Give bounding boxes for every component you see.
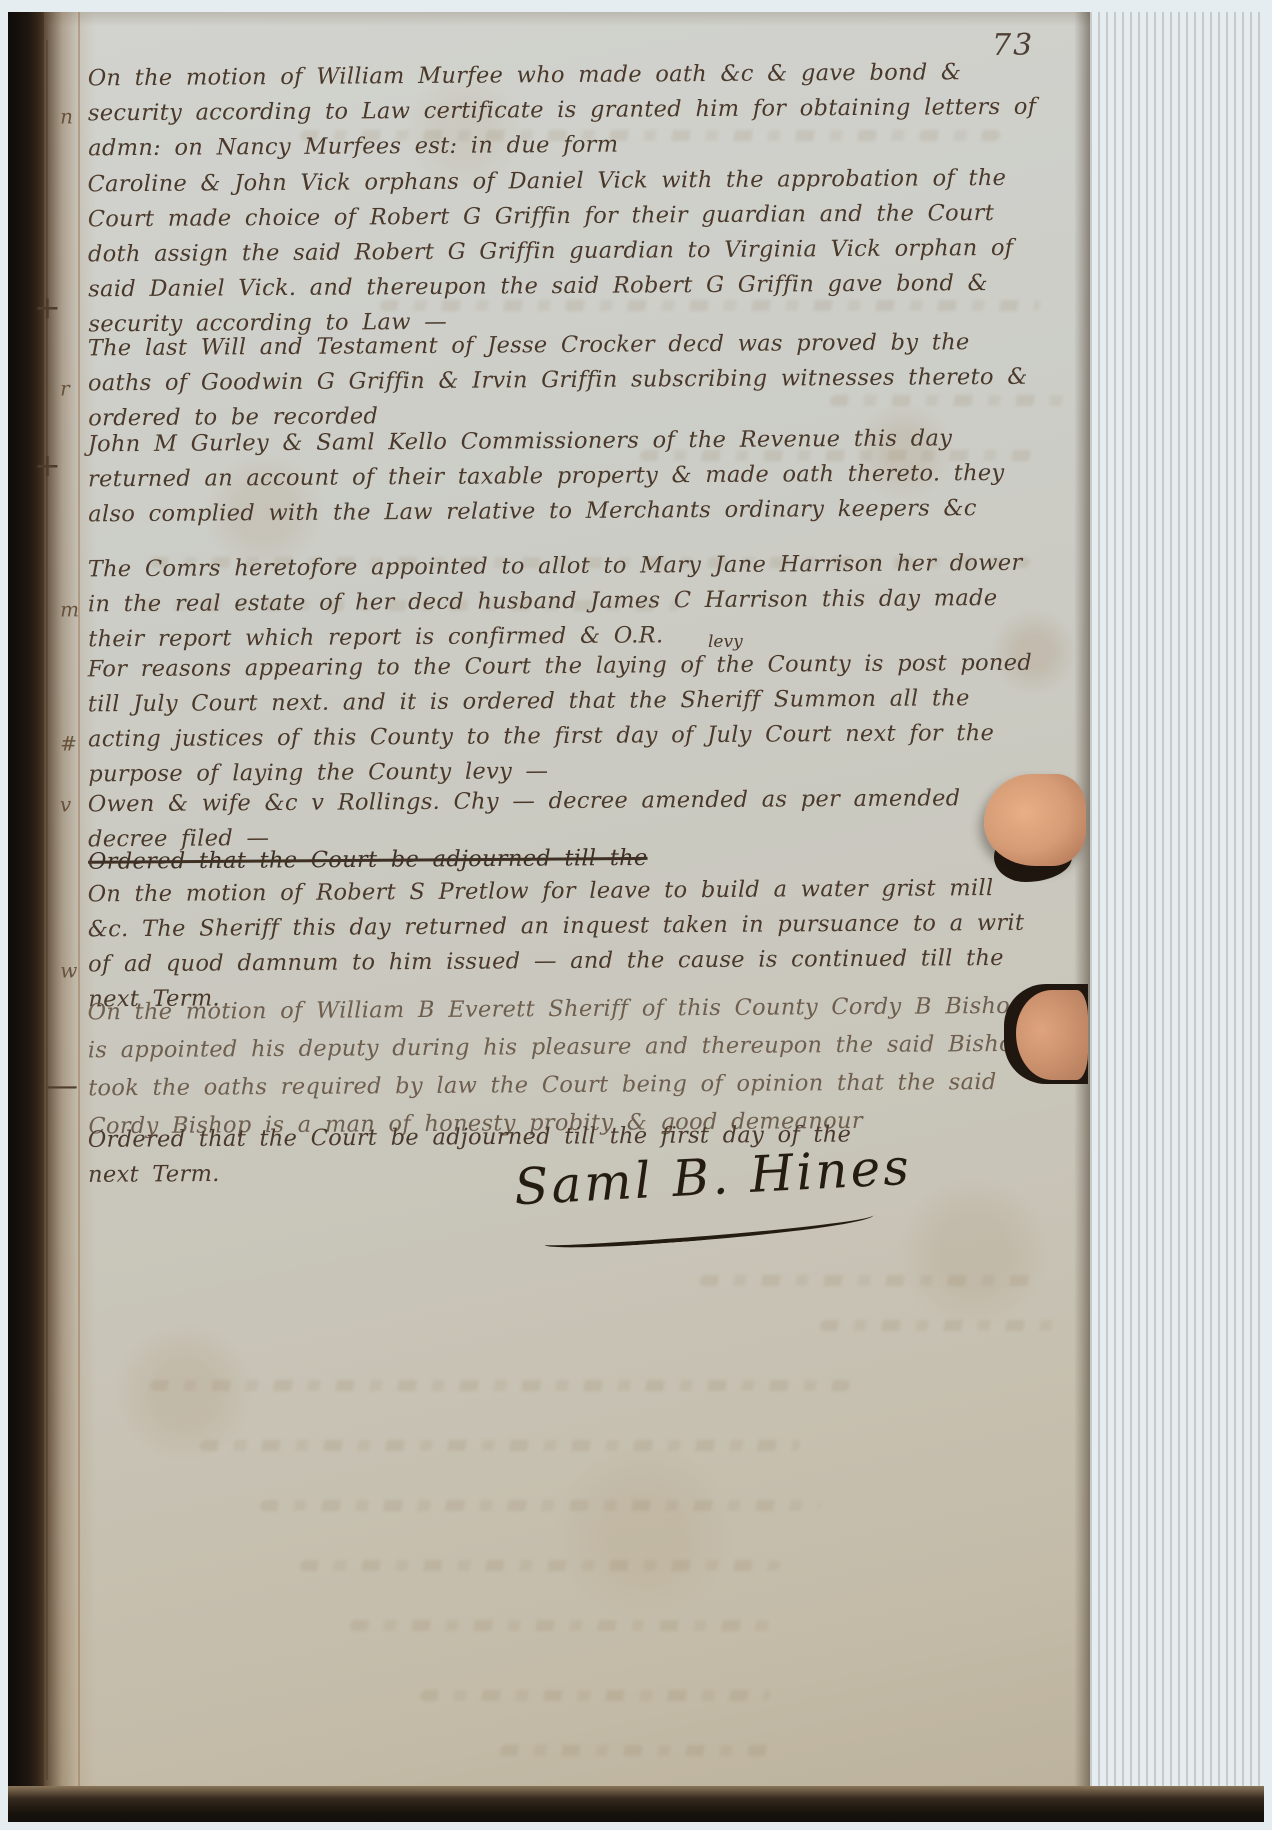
signature-flourish: [544, 1209, 875, 1252]
entry-text: Caroline & John Vick orphans of Daniel V…: [87, 165, 1013, 337]
bleedthrough-line: [699, 1275, 1041, 1286]
book-binding: [8, 12, 44, 1822]
bleedthrough-line: [299, 1560, 781, 1571]
fold-mark: —: [46, 1066, 78, 1104]
bleedthrough-line: [499, 1745, 781, 1756]
bleedthrough-line: [259, 1500, 821, 1511]
book-gutter: [44, 12, 96, 1792]
record-entry: # For reasons appearing to the Court the…: [88, 646, 1047, 793]
bleedthrough-line: [419, 1690, 771, 1701]
page-edges: [1090, 12, 1264, 1822]
entry-text: The Comrs heretofore appointed to allot …: [88, 550, 1023, 653]
fold-mark: +: [34, 288, 61, 326]
record-entry: Caroline & John Vick orphans of Daniel V…: [87, 161, 1046, 343]
finger: [1016, 990, 1088, 1080]
bleedthrough-line: [149, 1380, 851, 1391]
finger: [984, 774, 1086, 866]
bottom-shadow: [8, 1786, 1264, 1822]
entry-text: On the motion of William Murfee who made…: [88, 59, 1037, 161]
record-entry: m The Comrs heretofore appointed to allo…: [88, 546, 1047, 658]
entry-text: The last Will and Testament of Jesse Cro…: [88, 329, 1028, 431]
bleedthrough-line: [819, 1320, 1061, 1331]
entry-text: Ordered that the Court be adjourned till…: [88, 845, 648, 875]
entry-text: For reasons appearing to the Court the l…: [88, 650, 1033, 788]
record-entry: n On the motion of William Murfee who ma…: [88, 55, 1047, 167]
bleedthrough-line: [349, 1620, 771, 1631]
bleedthrough-line: [199, 1440, 801, 1451]
record-entry: r The last Will and Testament of Jesse C…: [88, 325, 1047, 437]
record-entry: John M Gurley & Saml Kello Commissioners…: [88, 421, 1047, 533]
fold-mark: +: [34, 446, 61, 484]
entry-text: John M Gurley & Saml Kello Commissioners…: [88, 425, 1005, 527]
manuscript-page: 73 n On the motion of William Murfee who…: [44, 12, 1090, 1792]
photo-frame: 73 n On the motion of William Murfee who…: [0, 0, 1272, 1830]
